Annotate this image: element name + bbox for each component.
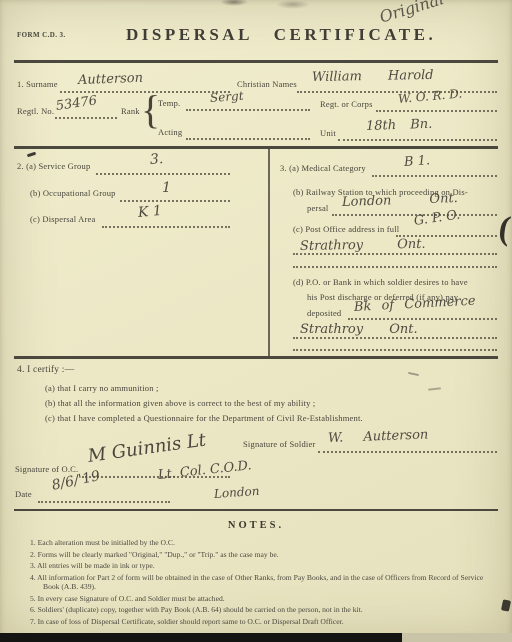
surname-label: 1. Surname <box>17 79 58 89</box>
dotted-line <box>293 266 497 268</box>
occupational-group-label: (b) Occupational Group <box>30 188 116 198</box>
note-item: 4. All information for Part 2 of form wi… <box>30 573 492 591</box>
note-item: 6. Soldiers' (duplicate) copy, together … <box>30 605 492 614</box>
dispersal-area-value: K 1 <box>137 203 162 221</box>
surname-value: Autterson <box>78 71 143 88</box>
dotted-line <box>55 117 117 119</box>
railway-station-label-line2: persal <box>307 203 329 213</box>
scan-smudge <box>276 0 310 9</box>
note-item: 2. Forms will be clearly marked "Origina… <box>30 550 492 559</box>
dotted-line <box>186 109 310 111</box>
dotted-line <box>102 226 230 228</box>
temp-rank-value: Sergt <box>210 89 244 105</box>
dispersal-certificate-document: FORM C.D. 3. DISPERSAL CERTIFICATE. Orig… <box>0 0 512 642</box>
dotted-line <box>38 501 170 503</box>
certify-item-c: (c) that I have completed a Questionnair… <box>45 413 363 423</box>
column-divider <box>268 149 270 356</box>
form-number: FORM C.D. 3. <box>17 31 66 39</box>
medical-category-label: 3. (a) Medical Category <box>280 163 366 173</box>
occupational-group-value: 1 <box>162 180 171 196</box>
dotted-line <box>338 139 497 141</box>
oc-signature-place: London <box>214 484 260 501</box>
service-group-value: 3. <box>149 151 163 168</box>
dotted-line <box>372 175 497 177</box>
divider <box>14 60 498 63</box>
pencil-mark <box>428 387 441 390</box>
note-item: 5. In every case Signature of O.C. and S… <box>30 594 492 603</box>
bank-label-line1: (d) P.O. or Bank in which soldier desire… <box>293 277 468 287</box>
unit-value: 18th Bn. <box>366 117 433 134</box>
notes-heading: NOTES. <box>0 520 512 531</box>
copy-annotation: Original <box>377 0 446 27</box>
post-office-address-label: (c) Post Office address in full <box>293 224 399 234</box>
dotted-line <box>96 173 230 175</box>
page-title: DISPERSAL CERTIFICATE. <box>126 25 436 45</box>
pencil-mark <box>408 372 419 376</box>
christian-names-value: William Harold <box>312 68 434 85</box>
christian-names-label: Christian Names <box>237 79 297 89</box>
bank-value-line2: Strathroy Ont. <box>300 322 418 337</box>
notes-list: 1. Each alteration must be initialled by… <box>30 538 492 628</box>
dotted-line <box>293 337 497 339</box>
certify-item-b: (b) that all the information given above… <box>45 398 316 408</box>
rank-label: Rank <box>121 106 140 116</box>
post-office-address-value: G. P. O. <box>413 208 461 229</box>
regtl-no-label: Regtl. No. <box>17 106 54 116</box>
note-item: 1. Each alteration must be initialled by… <box>30 538 492 547</box>
certify-item-a: (a) that I carry no ammunition ; <box>45 383 159 393</box>
oc-signature-unit: Lt. Col. C.O.D. <box>157 458 252 483</box>
pencil-mark <box>27 152 36 158</box>
certify-heading: 4. I certify :— <box>17 365 74 375</box>
bank-label-line3: deposited <box>307 308 341 318</box>
divider <box>14 509 498 511</box>
service-group-label: 2. (a) Service Group <box>17 161 90 171</box>
dotted-line <box>186 138 310 140</box>
dispersal-area-label: (c) Dispersal Area <box>30 214 95 224</box>
regt-or-corps-label: Regt. or Corps <box>320 99 373 109</box>
note-item: 7. In case of loss of Dispersal Certific… <box>30 617 492 626</box>
post-office-address-value-line2: Strathroy Ont. <box>300 237 426 254</box>
oc-signature-label: Signature of O.C. <box>15 464 78 474</box>
dotted-line <box>318 451 497 453</box>
acting-rank-label: Acting <box>158 127 182 137</box>
date-label: Date <box>15 489 32 499</box>
note-item: 3. All entries will be made in ink or ty… <box>30 561 492 570</box>
scan-artifact: ( <box>496 209 512 248</box>
scan-edge-dark <box>0 633 402 642</box>
rank-brace: { <box>141 86 160 133</box>
oc-signature-value: M Guinnis Lt <box>87 430 208 467</box>
unit-label: Unit <box>320 128 336 138</box>
regt-or-corps-value: W. O. R. D. <box>397 86 462 106</box>
dotted-line <box>120 200 230 202</box>
scan-edge-light <box>402 633 512 642</box>
dotted-line <box>348 318 497 320</box>
soldier-signature-value: W. Autterson <box>328 428 429 446</box>
temp-rank-label: Temp. <box>158 98 180 108</box>
railway-station-value: London Ont. <box>342 191 458 210</box>
divider <box>14 146 498 149</box>
divider <box>14 356 498 359</box>
dotted-line <box>376 110 497 112</box>
soldier-signature-label: Signature of Soldier <box>243 439 315 449</box>
scan-smudge <box>220 0 248 6</box>
medical-category-value: B 1. <box>403 153 430 170</box>
regtl-no-value: 53476 <box>55 93 98 114</box>
scan-artifact <box>501 599 511 611</box>
dotted-line <box>293 349 497 351</box>
